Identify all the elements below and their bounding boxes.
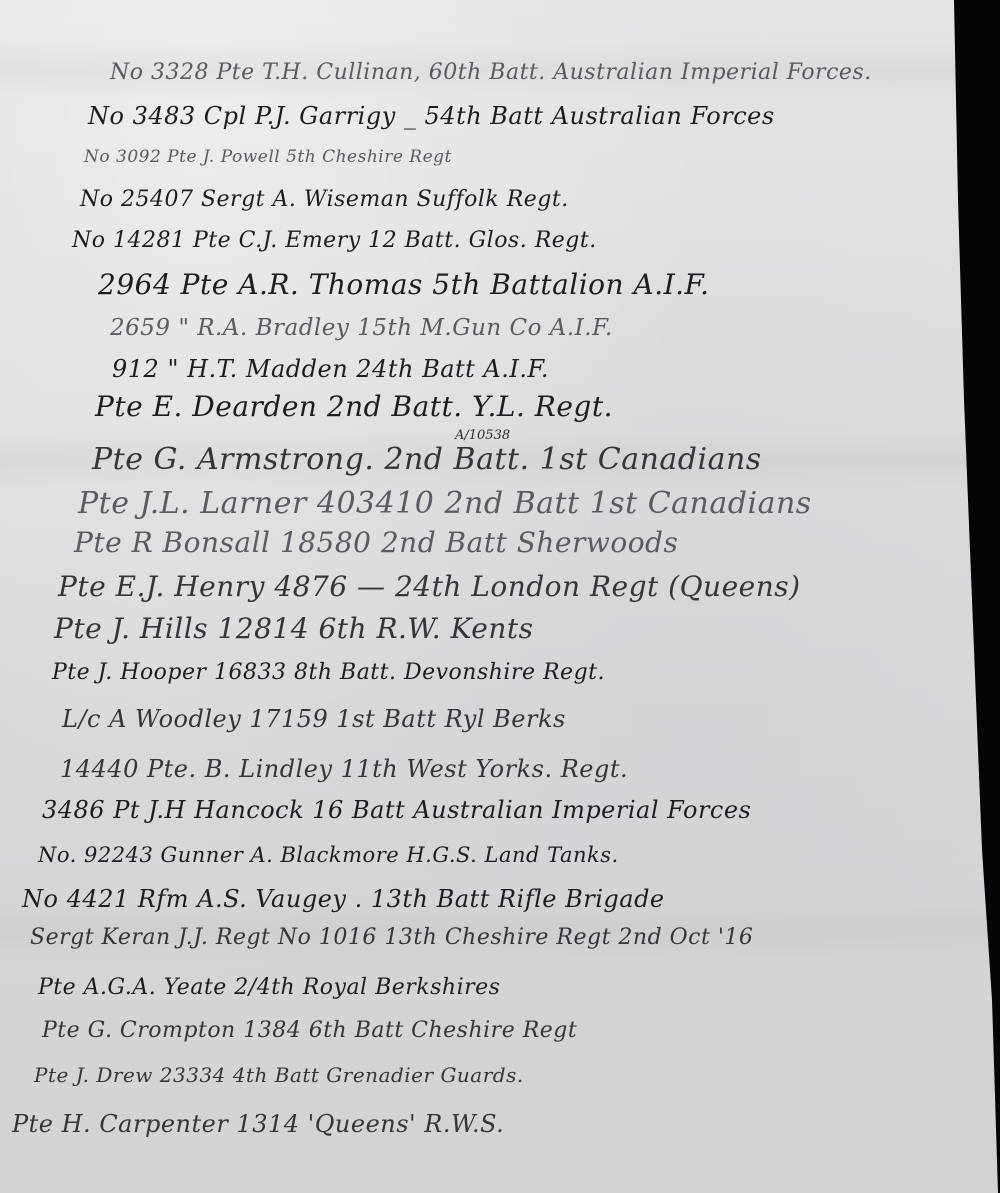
entry-line: 2659 " R.A. Bradley 15th M.Gun Co A.I.F. <box>110 315 613 341</box>
entry-line: Pte J.L. Larner 403410 2nd Batt 1st Cana… <box>78 486 812 521</box>
entry-line: Pte J. Hills 12814 6th R.W. Kents <box>54 612 534 645</box>
entry-line: No 3092 Pte J. Powell 5th Cheshire Regt <box>84 147 452 167</box>
entry-line: Pte J. Hooper 16833 8th Batt. Devonshire… <box>52 660 605 685</box>
entry-line: Pte J. Drew 23334 4th Batt Grenadier Gua… <box>34 1063 524 1087</box>
entry-line: No 25407 Sergt A. Wiseman Suffolk Regt. <box>80 187 569 212</box>
entry-line: Pte G. Crompton 1384 6th Batt Cheshire R… <box>42 1018 577 1043</box>
document-page: No 3328 Pte T.H. Cullinan, 60th Batt. Au… <box>0 0 1000 1193</box>
entry-line: L/c A Woodley 17159 1st Batt Ryl Berks <box>62 705 566 733</box>
entry-line: No 3328 Pte T.H. Cullinan, 60th Batt. Au… <box>110 60 872 85</box>
entry-line: 912 " H.T. Madden 24th Batt A.I.F. <box>112 355 549 383</box>
entry-line: 14440 Pte. B. Lindley 11th West Yorks. R… <box>60 755 628 783</box>
entry-line: No. 92243 Gunner A. Blackmore H.G.S. Lan… <box>38 843 619 867</box>
entry-line: 3486 Pt J.H Hancock 16 Batt Australian I… <box>42 796 751 824</box>
service-number-annotation: A/10538 <box>455 428 510 443</box>
entry-line: Pte A.G.A. Yeate 2/4th Royal Berkshires <box>38 975 500 1000</box>
entry-line: No 14281 Pte C.J. Emery 12 Batt. Glos. R… <box>72 228 597 253</box>
entry-line: No 4421 Rfm A.S. Vaugey . 13th Batt Rifl… <box>22 885 665 913</box>
entry-line: Pte R Bonsall 18580 2nd Batt Sherwoods <box>74 526 678 559</box>
entry-line: Pte G. Armstrong. 2nd Batt. 1st Canadian… <box>92 442 762 477</box>
entry-line: Pte H. Carpenter 1314 'Queens' R.W.S. <box>12 1110 504 1138</box>
entry-line: Pte E.J. Henry 4876 — 24th London Regt (… <box>58 570 801 603</box>
entry-line: Pte E. Dearden 2nd Batt. Y.L. Regt. <box>95 390 613 423</box>
entry-line: Sergt Keran J.J. Regt No 1016 13th Chesh… <box>30 925 753 950</box>
entry-line: 2964 Pte A.R. Thomas 5th Battalion A.I.F… <box>98 268 710 301</box>
entry-line: No 3483 Cpl P.J. Garrigy _ 54th Batt Aus… <box>88 102 775 130</box>
